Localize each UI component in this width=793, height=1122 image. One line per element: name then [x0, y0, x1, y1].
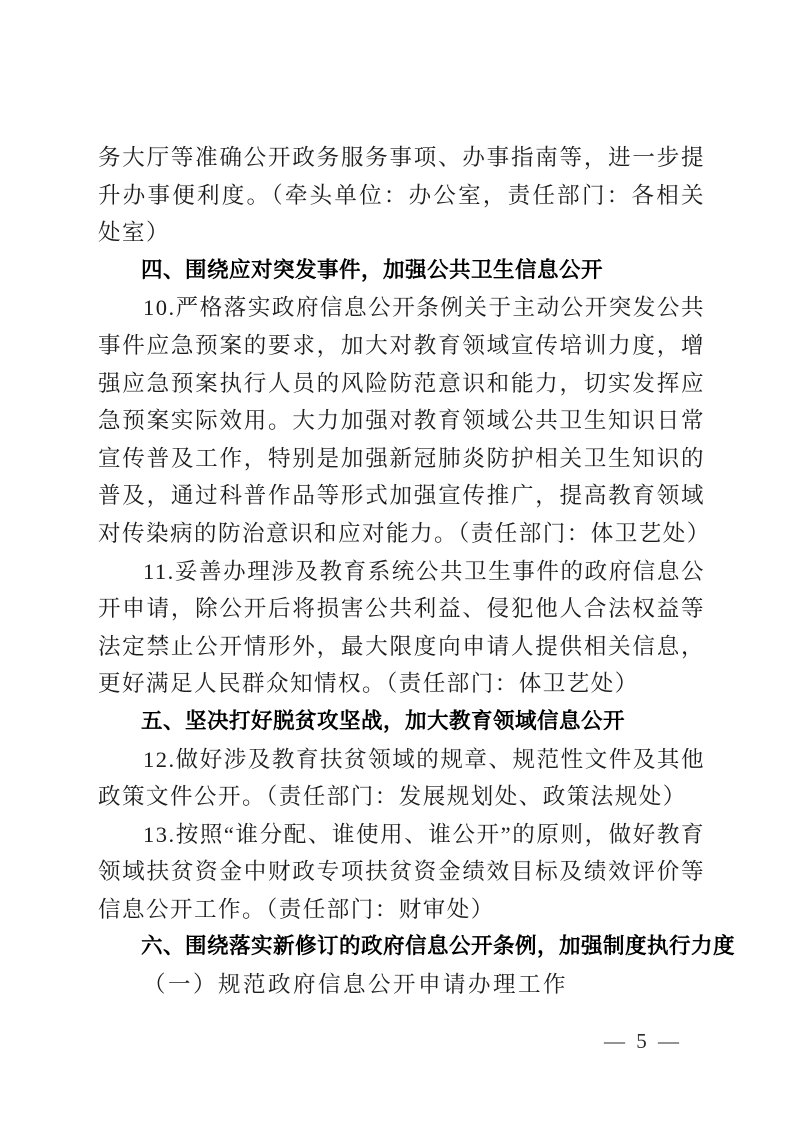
paragraph-13: 13.按照“谁分配、谁使用、谁公开”的原则，做好教育领域扶贫资金中财政专项扶贫资…	[98, 816, 705, 929]
paragraph-10: 10.严格落实政府信息公开条例关于主动公开突发公共事件应急预案的要求，加大对教育…	[98, 289, 705, 552]
section-heading-4: 四、围绕应对突发事件，加强公共卫生信息公开	[98, 252, 705, 290]
page-number: — 5 —	[598, 1029, 688, 1054]
paragraph-9-continuation: 务大厅等准确公开政务服务事项、办事指南等，进一步提升办事便利度。（牵头单位：办公…	[98, 139, 705, 252]
section-heading-5: 五、坚决打好脱贫攻坚战，加大教育领域信息公开	[98, 703, 705, 741]
paragraph-11: 11.妥善办理涉及教育系统公共卫生事件的政府信息公开申请，除公开后将损害公共利益…	[98, 553, 705, 703]
section-heading-6: 六、围绕落实新修订的政府信息公开条例，加强制度执行力度	[98, 928, 705, 966]
subsection-heading-6-1: （一）规范政府信息公开申请办理工作	[98, 966, 705, 1004]
paragraph-12: 12.做好涉及教育扶贫领域的规章、规范性文件及其他政策文件公开。（责任部门：发展…	[98, 741, 705, 816]
document-body: 务大厅等准确公开政务服务事项、办事指南等，进一步提升办事便利度。（牵头单位：办公…	[98, 139, 705, 1004]
document-page: 务大厅等准确公开政务服务事项、办事指南等，进一步提升办事便利度。（牵头单位：办公…	[0, 0, 793, 1122]
